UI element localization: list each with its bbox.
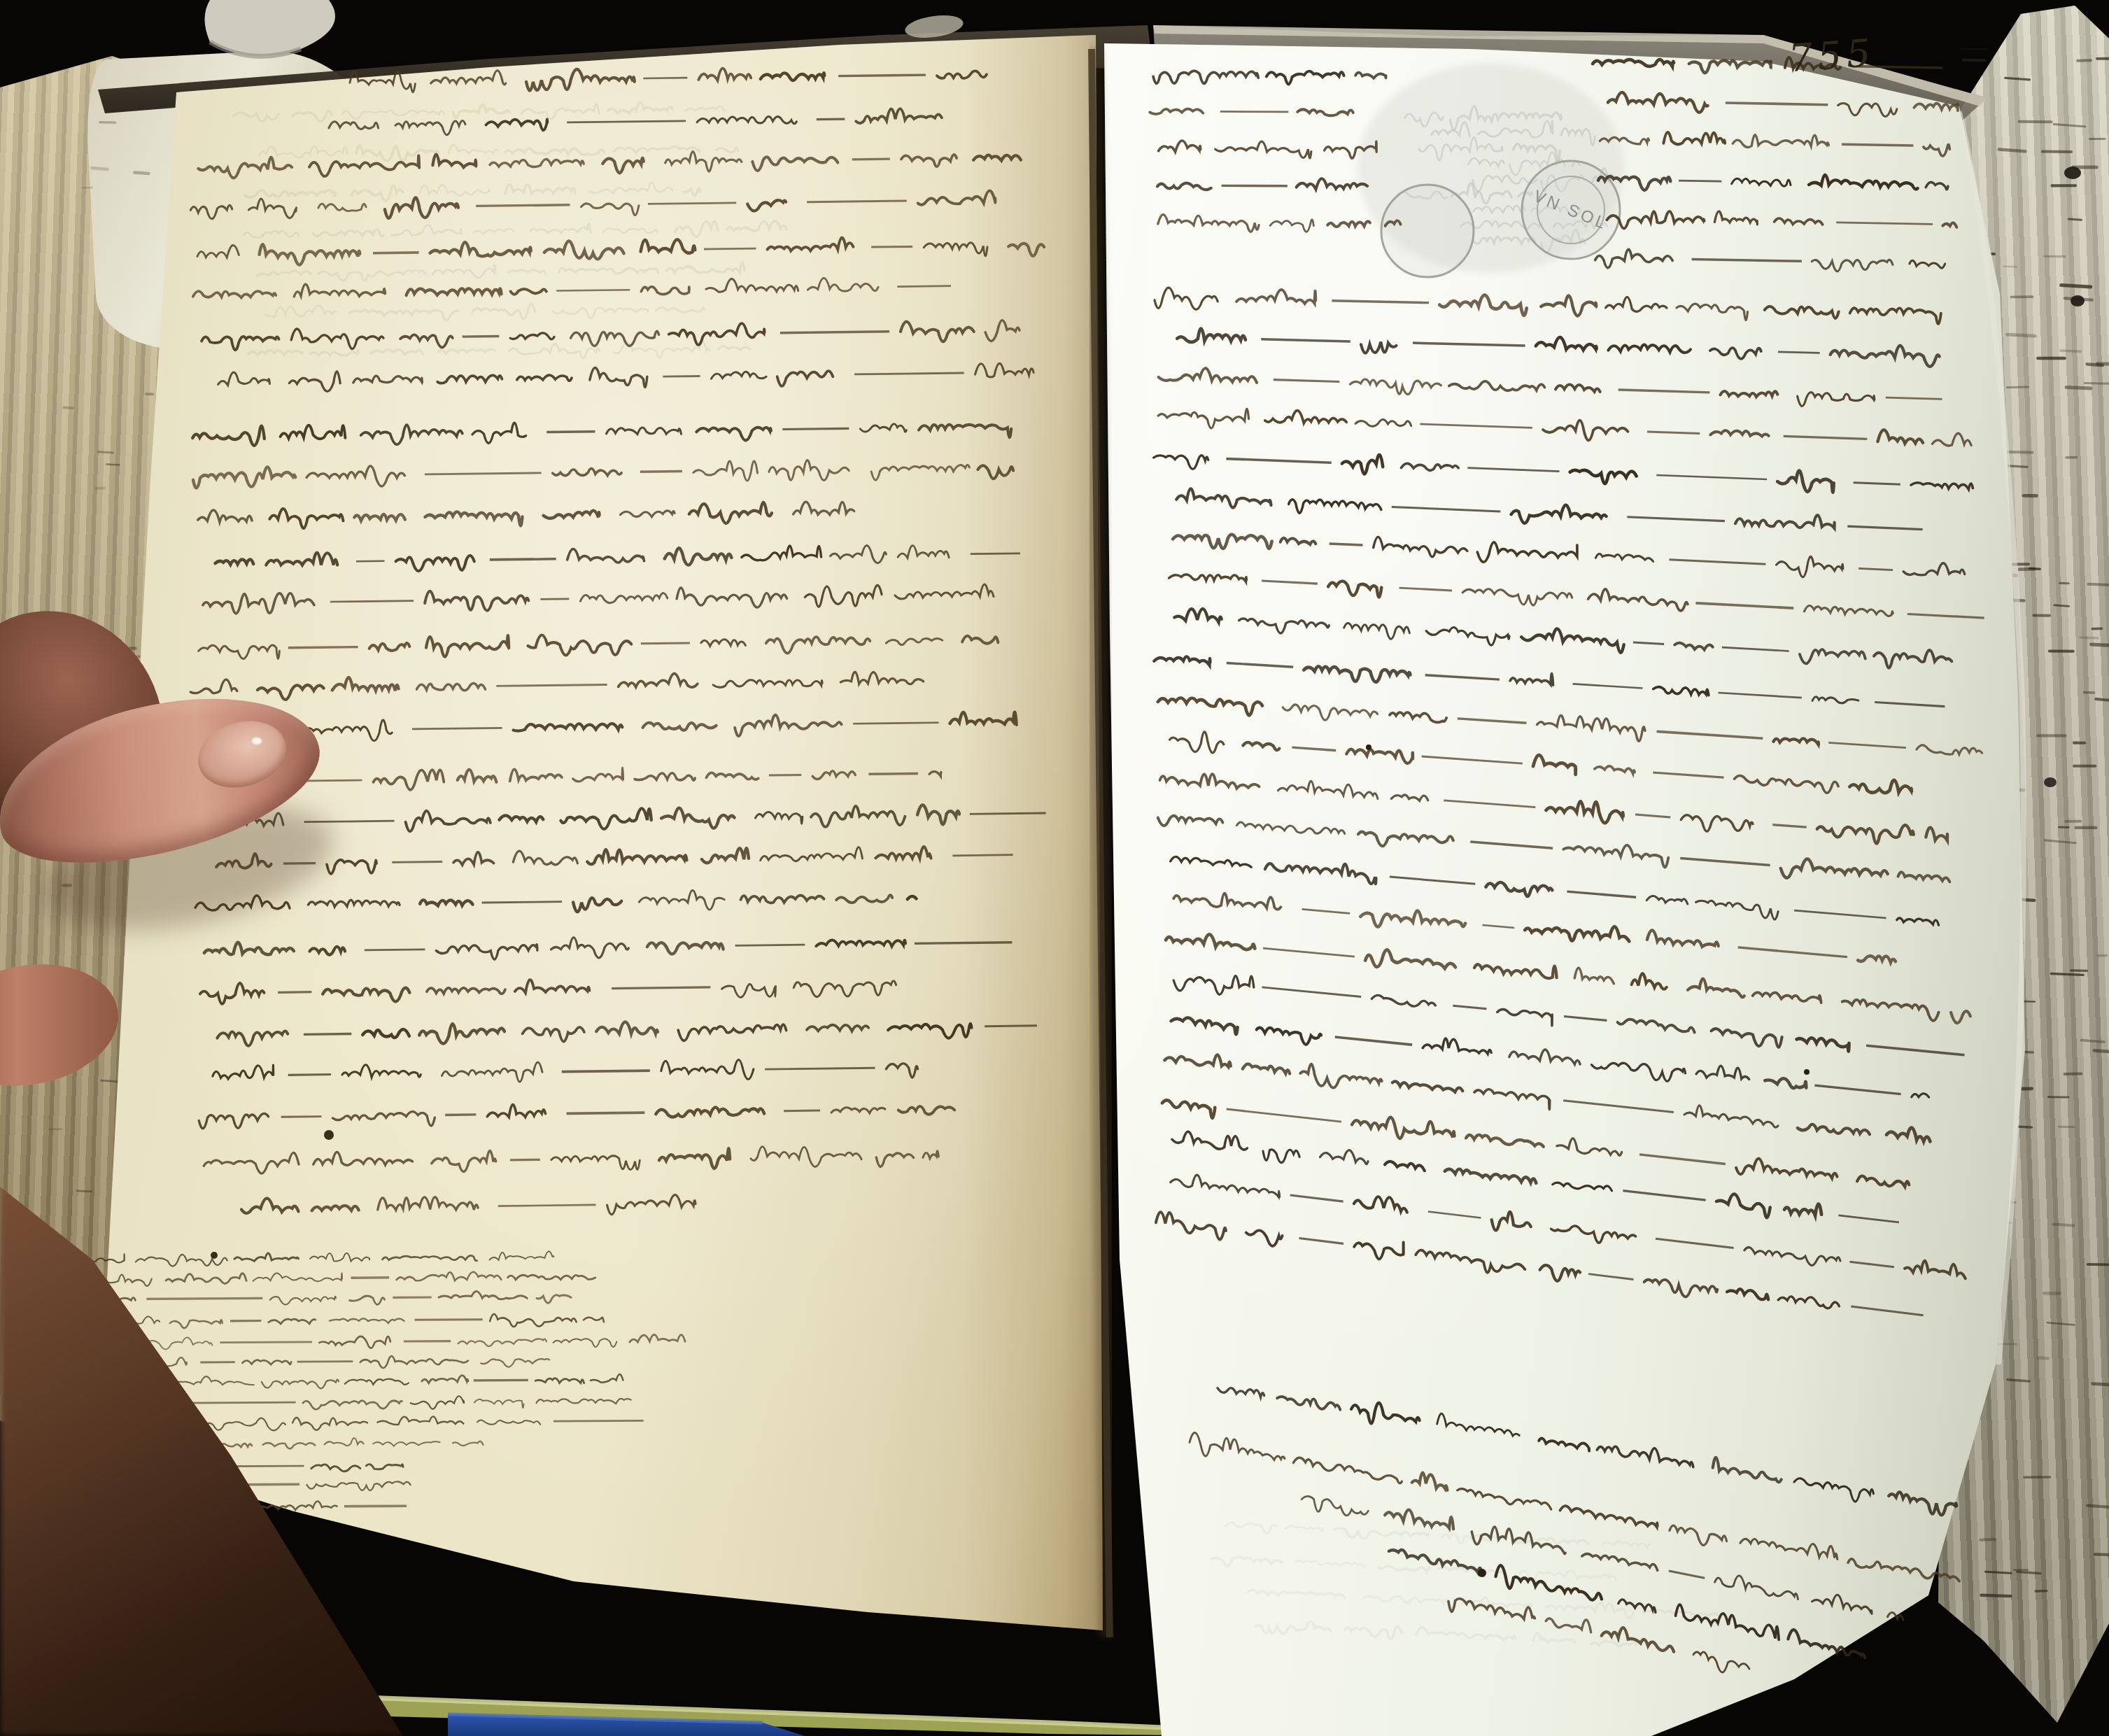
show-through-ghost-writing bbox=[233, 102, 1717, 1646]
page-number: 755 bbox=[1787, 31, 1877, 81]
photo-scene: VN SOL 755 bbox=[0, 0, 2109, 1736]
ink-spot-1 bbox=[1478, 1569, 1486, 1577]
handwriting-right-page-top-right-block bbox=[1593, 57, 1958, 271]
handwriting-left-page-main bbox=[190, 69, 1045, 1215]
right-page-deckle-highlight bbox=[1959, 112, 2024, 1364]
ink-spot-3 bbox=[1804, 1069, 1810, 1075]
ink-spot-4 bbox=[324, 1130, 334, 1140]
nail-highlight bbox=[252, 738, 262, 744]
ink-spot-2 bbox=[1366, 744, 1371, 750]
ink-spot-5 bbox=[211, 1252, 218, 1259]
embossed-tax-stamp: VN SOL bbox=[1357, 63, 1623, 277]
stamp-medallion-left bbox=[1381, 185, 1474, 277]
handwriting-right-page-main bbox=[1154, 288, 1984, 1315]
